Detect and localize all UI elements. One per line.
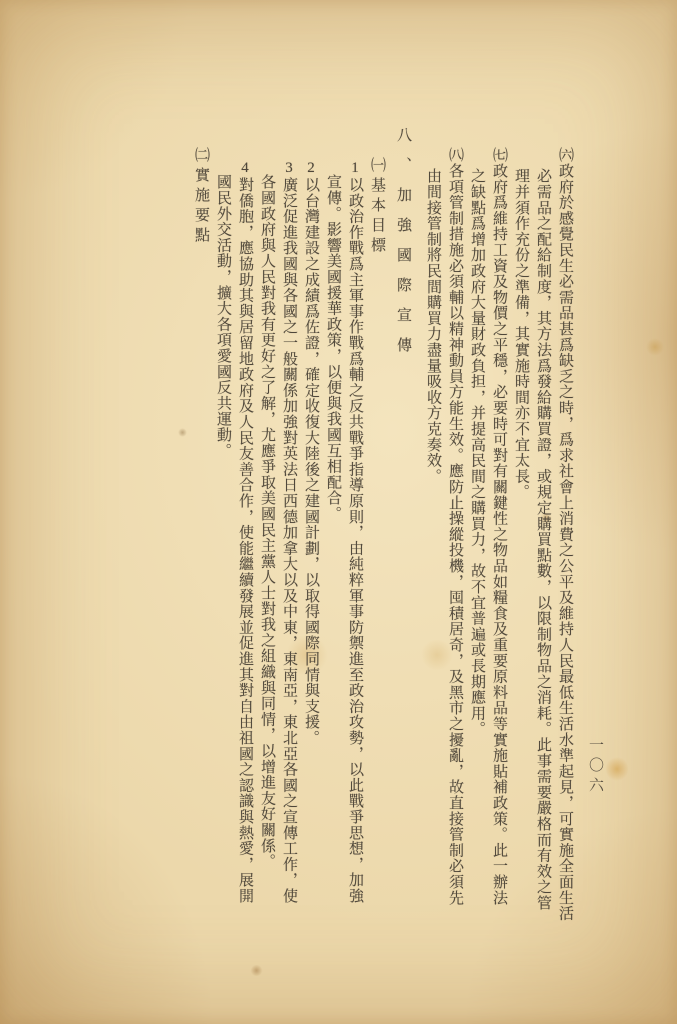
scanned-page: ㈥政府於感覺民生必需品甚爲缺乏之時，爲求社會上消費之公平及維持人民最低生活水準起… [0, 0, 677, 1024]
text-block: ㈥政府於感覺民生必需品甚爲缺乏之時，爲求社會上消費之公平及維持人民最低生活水準起… [186, 127, 579, 1007]
text-column: ㈥政府於感覺民生必需品甚爲缺乏之時，爲求社會上消費之公平及維持人民最低生活水準起… [557, 127, 572, 1007]
text-column: ㈦政府爲維持工資及物價之平穩，必要時可對有關鍵性之物品如糧食及重要原料品等實施貼… [491, 127, 506, 1007]
text-column: 理并須作充份之準備，其實施時間亦不宜太長。 [513, 127, 528, 1007]
paper-stain [606, 756, 628, 782]
text-column: 4對僑胞，應協助其與居留地政府及人民友善合作，使能繼續發展並促進其對自由祖國之認… [237, 127, 252, 1007]
subsection-heading: ㈡實施要點 [193, 127, 208, 1007]
text-column: 各國政府與人民對我有更好之了解，尤應爭取美國民主黨人士對我之組織與同情，以增進友… [259, 127, 274, 1007]
text-column: 1以政治作戰爲主軍事作戰爲輔之反共戰爭指導原則，由純粹軍事防禦進至政治攻勢，以此… [347, 127, 362, 1007]
text-column: 3廣泛促進我國與各國之一般關係加強對英法日西德加拿大以及中東，東南亞，東北亞各國… [281, 127, 296, 1007]
text-column: 宣傳。影響美國援華政策，以便與我國互相配合。 [325, 127, 340, 1007]
page-number: 一〇六 [585, 737, 606, 797]
text-column: 由間接管制將民間購買力盡量吸收方克奏效。 [425, 127, 440, 1007]
section-heading: 八、加強國際宣傳 [395, 127, 410, 1007]
text-column: 之缺點爲增加政府大量財政負担，并提高民間之購買力，故不宜普遍或長期應用。 [469, 127, 484, 1007]
subsection-heading: ㈠基本目標 [369, 127, 384, 1007]
text-column: 2以台灣建設之成績爲佐證，確定收復大陸後之建國計劃，以取得國際同情與支援。 [303, 127, 318, 1007]
text-column: ㈧各項管制措施必須輔以精神動員方能生效。應防止操縱投機，囤積居奇，及黑市之擾亂，… [447, 127, 462, 1007]
text-column: 必需品之配給制度，其方法爲發給購買證，或規定購買點數，以限制物品之消耗。此事需要… [535, 127, 550, 1007]
paper-stain [646, 338, 664, 356]
text-column: 國民外交活動，擴大各項愛國反共運動。 [215, 127, 230, 1007]
